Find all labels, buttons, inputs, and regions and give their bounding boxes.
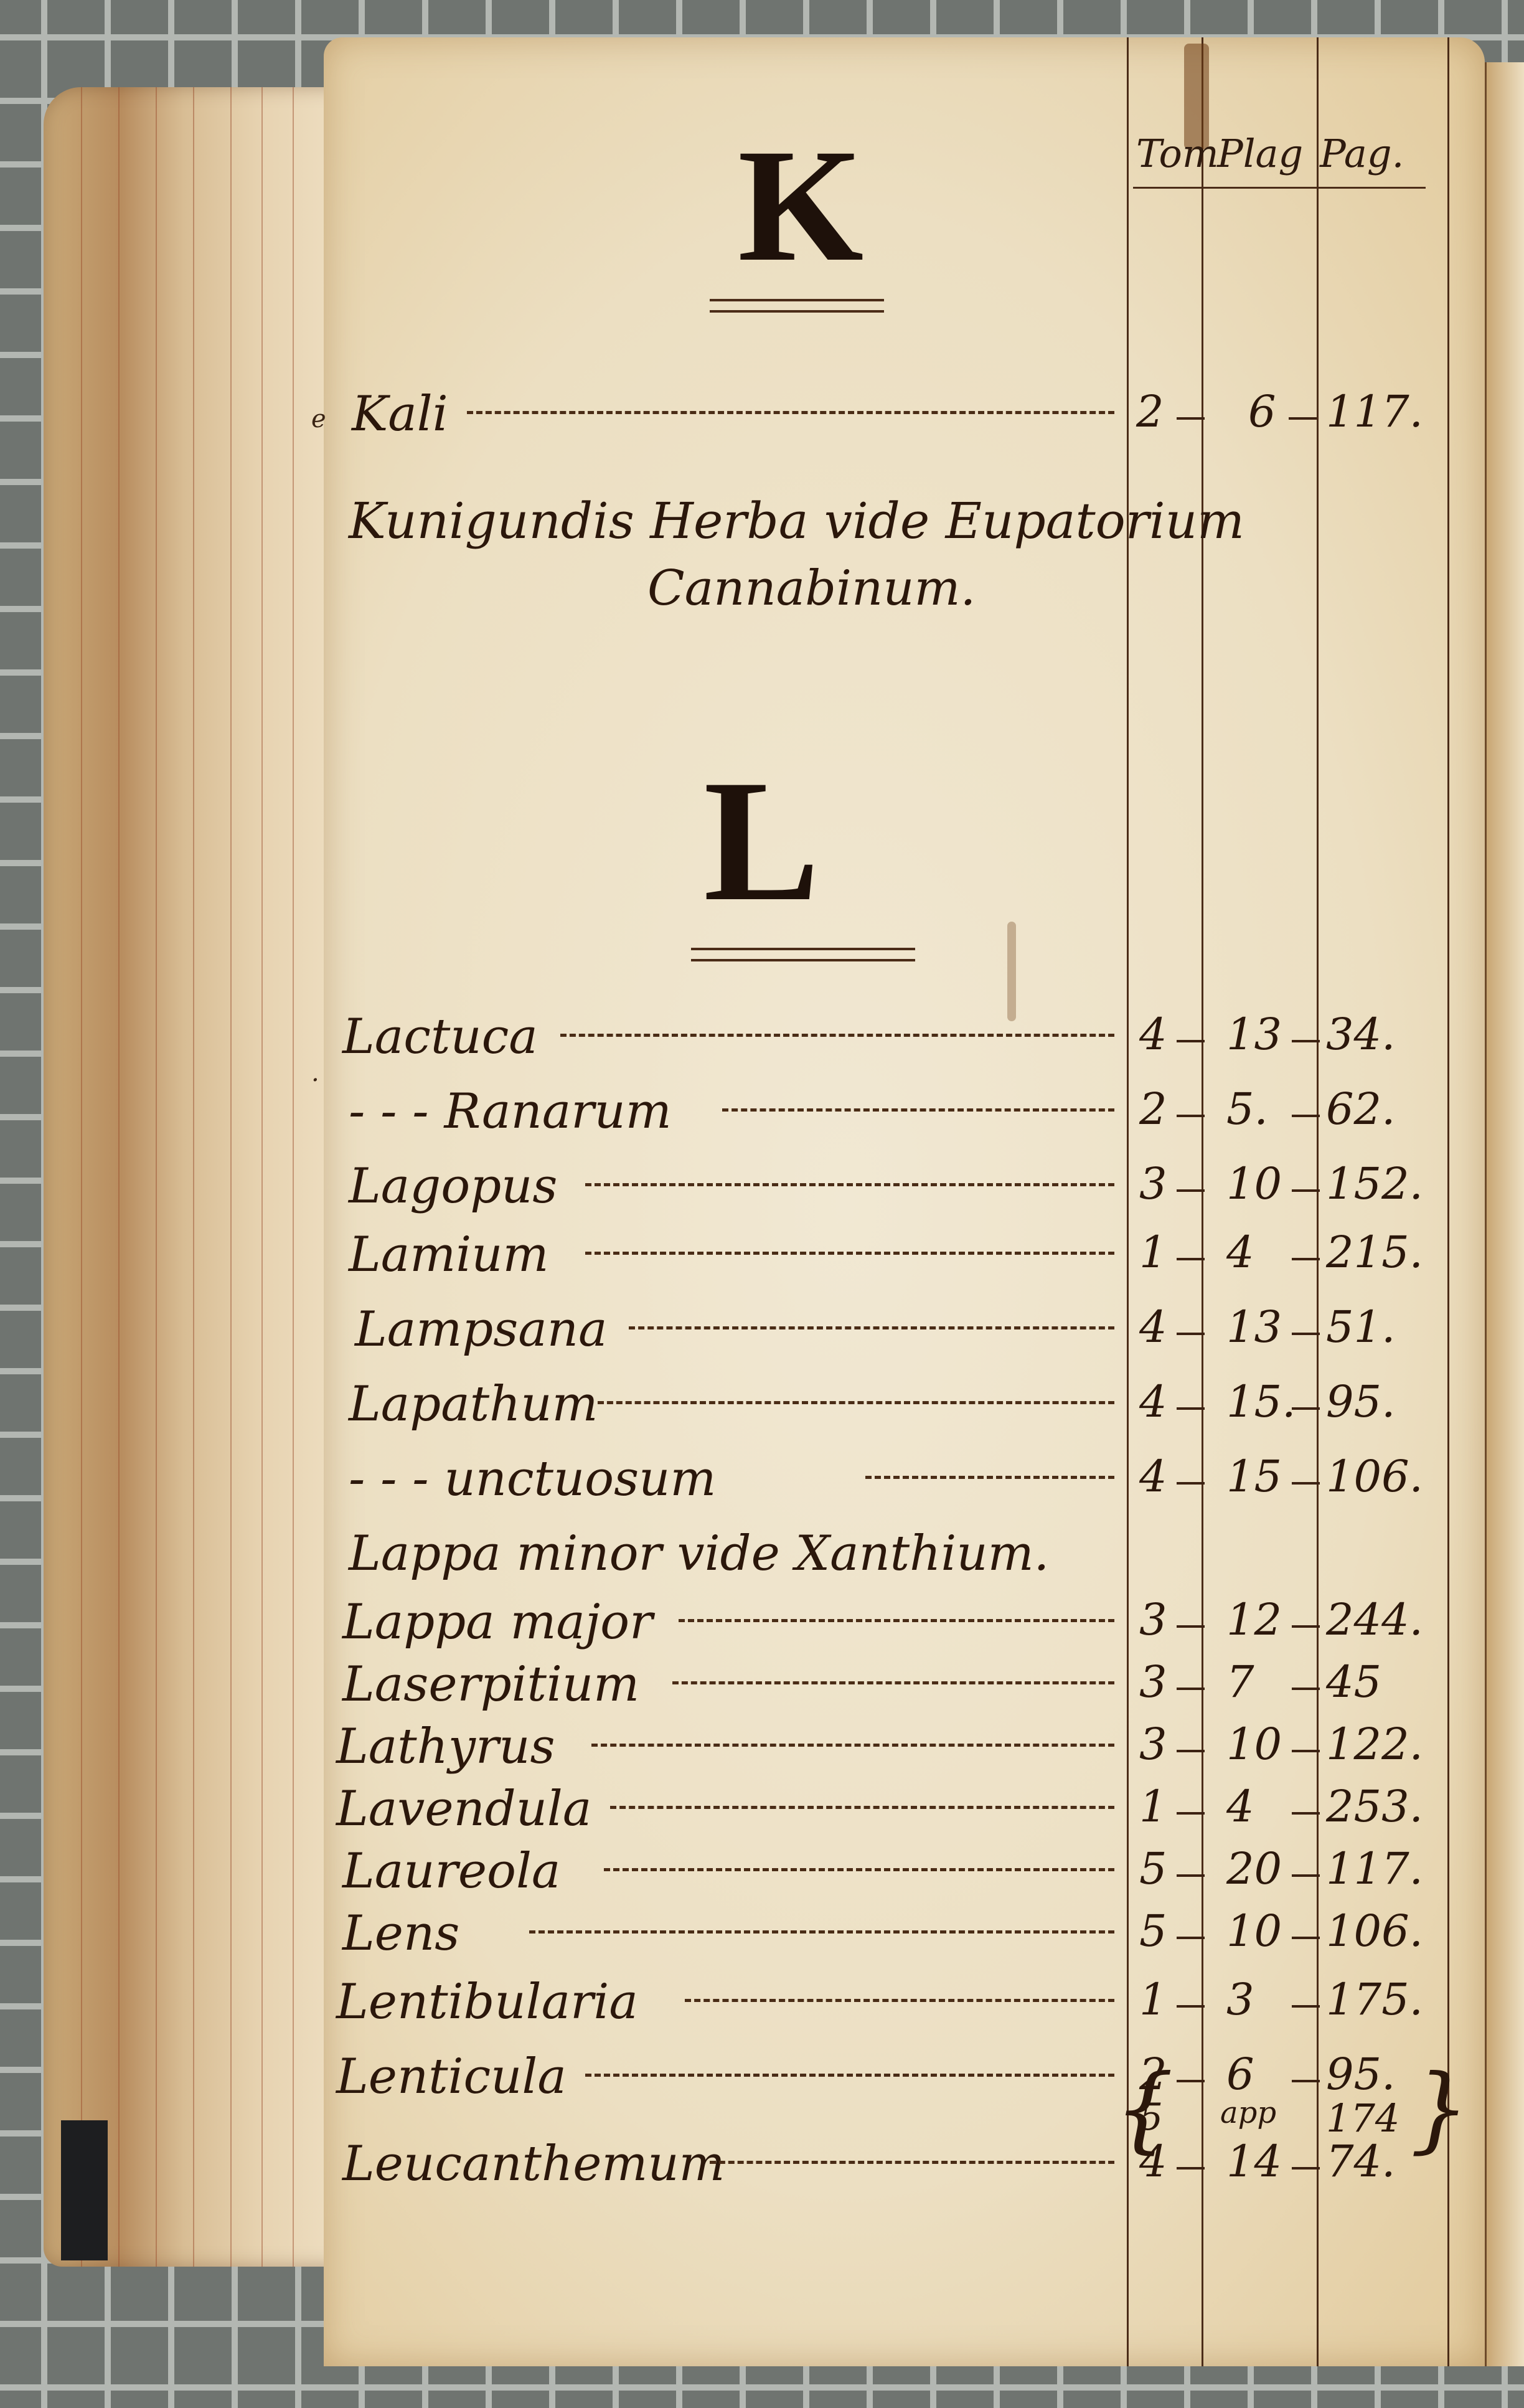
index-entry: Lactuca41334. <box>324 1009 1485 1071</box>
entry-pag: 152. <box>1326 1158 1423 1209</box>
index-entry: Lagopus310152. <box>324 1158 1485 1221</box>
entry-plag: 4 <box>1226 1227 1254 1278</box>
entry-plag: 10 <box>1226 1719 1282 1770</box>
entry-tom: 5 <box>1139 1905 1167 1957</box>
index-entry: Leucanthemum41474. <box>324 2136 1485 2198</box>
index-entry: - - - unctuosum415106. <box>324 1451 1485 1513</box>
ink-stain <box>1007 922 1016 1021</box>
entry-name: Lathyrus <box>336 1719 555 1775</box>
entry-name: Lappa major <box>342 1594 652 1650</box>
entry-name: Lactuca <box>342 1009 538 1065</box>
index-entry: Lens510106. <box>324 1905 1485 1968</box>
index-entry: Lapathum415.95. <box>324 1376 1485 1438</box>
index-entry: Lampsana41351. <box>324 1301 1485 1364</box>
entry-tom: 3 <box>1139 1719 1167 1770</box>
entry-tom: 3 <box>1139 1656 1167 1707</box>
entry-name: Lentibularia <box>336 1974 638 2030</box>
entry-plag: 12 <box>1226 1594 1282 1645</box>
entry-pag: 95. <box>1326 2049 1395 2100</box>
entry-plag: 13 <box>1226 1301 1282 1353</box>
section-letter-l: L <box>703 753 820 928</box>
entry-tom: 4 <box>1139 1009 1167 1060</box>
index-entry: Laserpitium3745 <box>324 1656 1485 1719</box>
entry-pag: 95. <box>1326 1376 1395 1427</box>
entry-name: - - - unctuosum <box>349 1451 716 1507</box>
entry-tom: 2 <box>1139 1084 1167 1135</box>
entry-tom: 3 <box>1139 1594 1167 1645</box>
entry-plag: 14 <box>1226 2136 1282 2187</box>
column-header-pag: Pag. <box>1320 131 1404 176</box>
entry-plag-2: app <box>1220 2095 1276 2130</box>
entry-name: Lamium <box>349 1227 548 1283</box>
entry-pag: 117. <box>1326 1843 1423 1894</box>
entry-plag: 10 <box>1226 1905 1282 1957</box>
section-k-underline <box>710 299 884 313</box>
index-entry-kali: Kali 2 6 117. <box>324 386 1485 448</box>
column-header-tom: Tom <box>1136 131 1219 176</box>
index-entry: - - - Ranarum25.62. <box>324 1084 1485 1146</box>
index-entry: Lentibularia13175. <box>324 1974 1485 2036</box>
entry-pag: 34. <box>1326 1009 1395 1060</box>
entry-plag: 20 <box>1226 1843 1282 1894</box>
index-entry: Lenticula2695.5app174{} <box>324 2049 1485 2111</box>
facing-page-edge <box>1485 62 1524 2366</box>
index-entry-kunigundis-continuation: Cannabinum. <box>324 560 1485 623</box>
black-marker-tab <box>61 2120 108 2260</box>
section-letter-k: K <box>738 125 863 286</box>
entry-pag: 62. <box>1326 1084 1395 1135</box>
header-underline <box>1133 187 1426 189</box>
entry-name: Laserpitium <box>342 1656 639 1712</box>
index-entry-kunigundis: Kunigundis Herba vide Eupatorium <box>324 492 1485 554</box>
entry-plag: 7 <box>1226 1656 1254 1707</box>
index-entry: Lamium14215. <box>324 1227 1485 1289</box>
entry-pag: 106. <box>1326 1451 1423 1502</box>
entry-plag: 10 <box>1226 1158 1282 1209</box>
entry-tom: 5 <box>1139 1843 1167 1894</box>
entry-pag-2: 174 <box>1326 2095 1399 2141</box>
entry-plag: 3 <box>1226 1974 1254 2025</box>
entry-plag: 4 <box>1226 1781 1254 1832</box>
entry-name: - - - Ranarum <box>349 1084 672 1140</box>
entry-name: Lapathum <box>349 1376 598 1432</box>
entry-plag: 6 <box>1226 2049 1254 2100</box>
entry-plag: 13 <box>1226 1009 1282 1060</box>
entry-pag: 122. <box>1326 1719 1423 1770</box>
entry-tom: 4 <box>1139 2136 1167 2187</box>
entry-pag: 74. <box>1326 2136 1395 2187</box>
entry-pag: 45 <box>1326 1656 1381 1707</box>
entry-name: Laureola <box>342 1843 560 1899</box>
entry-name: Lagopus <box>349 1158 557 1214</box>
entry-tom: 1 <box>1139 1781 1167 1832</box>
column-header-plag: Plag <box>1217 131 1303 176</box>
manuscript-page: Tom Plag Pag. K Kali 2 6 117. Kunigundis… <box>324 37 1485 2366</box>
entry-tom: 1 <box>1139 1974 1167 2025</box>
margin-mark: e <box>311 405 326 433</box>
entry-name: Lappa minor vide Xanthium. <box>349 1526 1049 1582</box>
index-entry: Lappa minor vide Xanthium. <box>324 1526 1485 1588</box>
entry-tom: 4 <box>1139 1451 1167 1502</box>
entry-name: Lavendula <box>336 1781 591 1837</box>
entry-name: Leucanthemum <box>342 2136 725 2192</box>
index-entry: Lappa major312244. <box>324 1594 1485 1656</box>
entry-plag: 15. <box>1226 1376 1296 1427</box>
entry-pag: 215. <box>1326 1227 1423 1278</box>
entry-tom: 1 <box>1139 1227 1167 1278</box>
entry-pag: 106. <box>1326 1905 1423 1957</box>
entry-name: Lens <box>342 1905 459 1962</box>
section-l-underline <box>691 948 915 961</box>
entry-tom: 3 <box>1139 1158 1167 1209</box>
index-entry: Lathyrus310122. <box>324 1719 1485 1781</box>
entry-pag: 51. <box>1326 1301 1395 1353</box>
entry-plag: 5. <box>1226 1084 1268 1135</box>
margin-mark: . <box>311 1059 319 1087</box>
entry-pag: 253. <box>1326 1781 1423 1832</box>
entry-tom: 4 <box>1139 1376 1167 1427</box>
entry-pag: 175. <box>1326 1974 1423 2025</box>
book-fore-edge <box>44 87 355 2267</box>
index-entry: Lavendula14253. <box>324 1781 1485 1843</box>
entry-plag: 15 <box>1226 1451 1282 1502</box>
entry-tom: 4 <box>1139 1301 1167 1353</box>
index-entry: Laureola520117. <box>324 1843 1485 1905</box>
entry-name: Lampsana <box>355 1301 607 1357</box>
entry-pag: 244. <box>1326 1594 1423 1645</box>
